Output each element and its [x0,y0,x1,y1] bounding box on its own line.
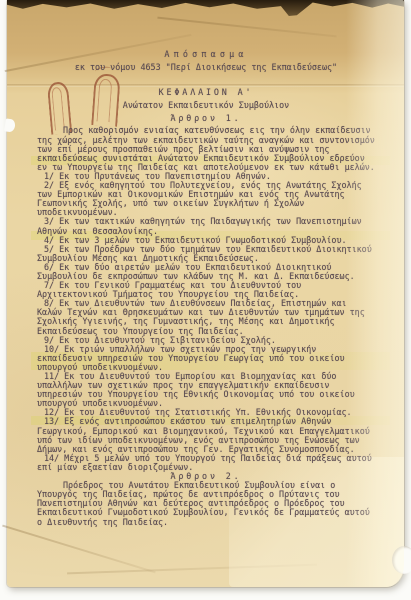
doc-title: Απόσπασμα [37,50,375,59]
torn-top-edge [7,0,404,16]
article-2-body: Πρόεδρος του Ανωτάτου Εκπαιδευτικού Συμβ… [37,481,375,526]
article-1-item-2: 2/ Εξ ενός καθηγητού του Πολυτεχνείου, ε… [37,181,375,217]
paper-sheet: Απόσπασμα εκ του νόμου 4653 "Περί Διοική… [7,0,404,587]
diagonal-crease [2,525,155,573]
left-edge-nick [4,118,16,132]
right-edge-notch [392,546,411,574]
scanned-document-background: Απόσπασμα εκ του νόμου 4653 "Περί Διοική… [0,0,411,600]
chapter-subtitle: Ανώτατον Εκπαιδευτικόν Συμβούλιον [37,101,375,110]
article-1-item-13: 13/ Εξ ενός αντιπροσώπου εκάστου των επι… [37,417,375,453]
article-1-intro: Προς καθορισμόν ενιαίας κατευθύνσεως εις… [37,126,375,171]
article-1-item-11: 11/ Εκ του Διευθυντού του Εμπορίου και Β… [37,372,375,408]
article-1-item-8: 8/ Εκ των Διευθυντών των Διευθύνσεων Παι… [37,299,375,335]
article-1-item-14: 14/ Μέχρι 5 μελών υπό του Υπουργού της Π… [37,454,375,472]
diagonal-crease [67,564,317,574]
article-1-item-10: 10/ Εκ τριών υπαλλήλων των σχετικών προς… [37,345,375,372]
chapter-heading: ΚΕΦΑΛΑΙΟΝ Α' [37,88,375,97]
article-1-item-6: 6/ Εκ των δύο αιρετών μελών του Εκπαιδευ… [37,263,375,281]
diagonal-crease [157,17,336,37]
article-1-item-3: 3/ Εκ των τακτικών καθηγητών της Παιδαγω… [37,217,375,235]
article-1-item-5: 5/ Εκ των Προέδρων των δύο τμημάτων του … [37,245,375,263]
law-reference-line: εκ του νόμου 4653 "Περί Διοικήσεως της Ε… [37,63,375,72]
typewritten-text-block: Απόσπασμα εκ του νόμου 4653 "Περί Διοική… [37,50,375,527]
article-1-heading: Άρθρον 1. [37,114,375,123]
article-1-item-7: 7/ Εκ του Γενικού Γραμματέως και του Διε… [37,281,375,299]
